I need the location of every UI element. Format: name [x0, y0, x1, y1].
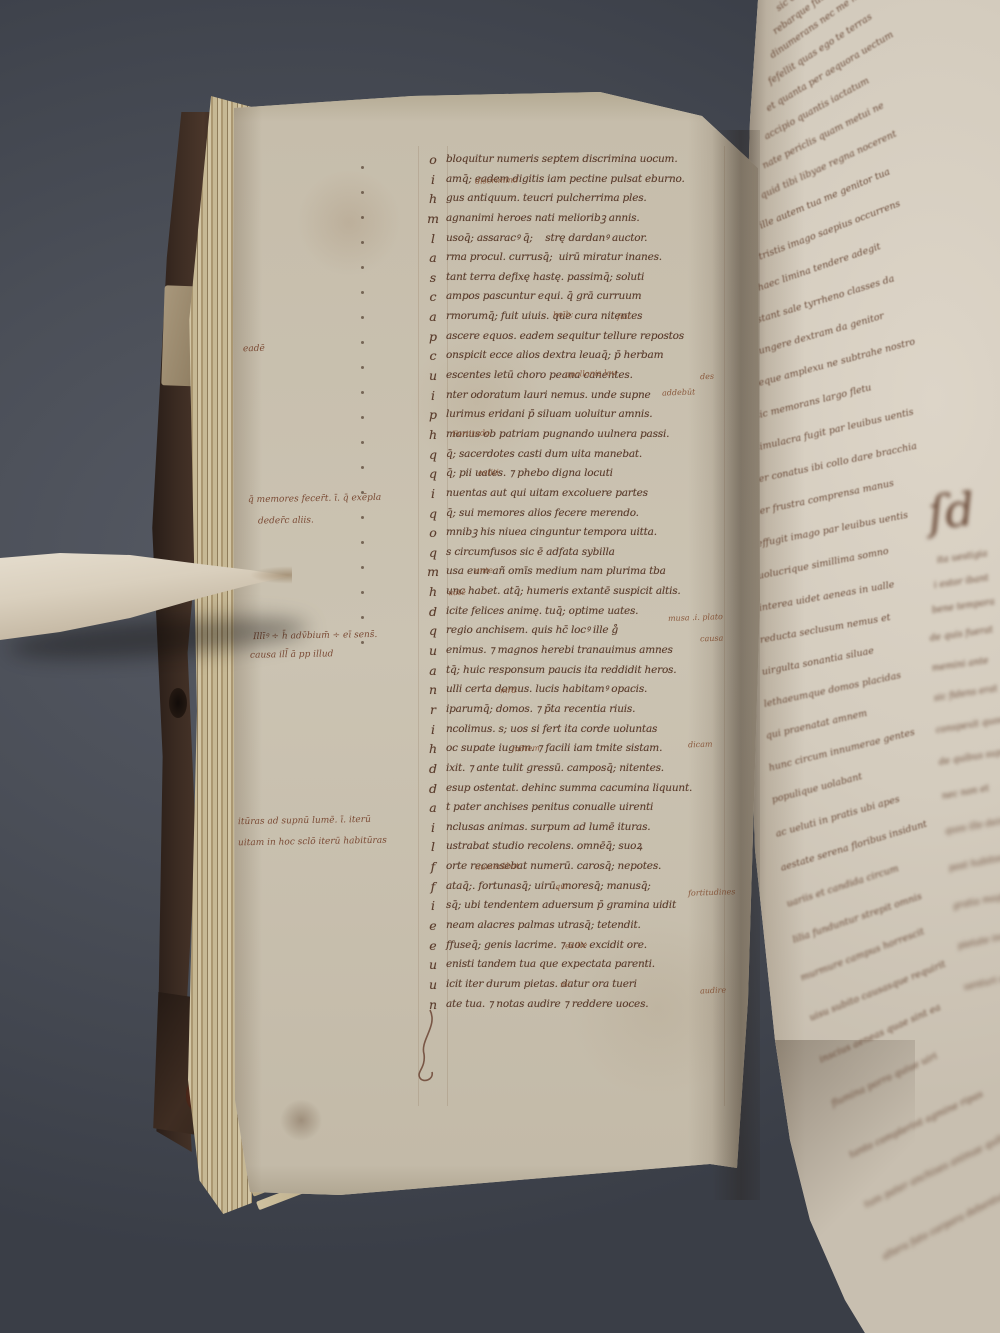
right-page-side-gloss: nec non et	[941, 784, 990, 802]
interlinear-gloss: mr̄a	[500, 686, 516, 696]
verse-initial: m	[420, 562, 446, 582]
pricking-hole	[361, 641, 364, 644]
margin-note: causa ill̄ ā pp illud	[250, 649, 334, 660]
verse-line: uenimus. ⁊ magnos herebi tranauimus amne…	[420, 641, 750, 661]
interlinear-gloss: numerābat	[475, 861, 520, 872]
photograph-of-open-manuscript: sic equidem ducebam animorebarque futuru…	[0, 0, 1000, 1333]
pricking-hole	[361, 241, 364, 244]
verse-text: nter odoratum lauri nemus. unde supne	[446, 386, 651, 406]
verse-text: agnanimi heroes nati melioribꝫ annis.	[446, 209, 639, 229]
verse-text: iparumq̄; domos. ⁊ p̄ta recentia riuis.	[446, 700, 635, 720]
pricking-hole	[361, 291, 364, 294]
verse-text: tq̄; huic responsum paucis ita reddidit …	[446, 661, 676, 681]
ruling-line-left	[418, 146, 419, 1106]
pricking-hole	[361, 316, 364, 319]
binding-wormhole	[169, 688, 187, 718]
verse-text: ampos pascuntur equi. q̄ grā curruum	[446, 287, 641, 307]
verse-text: mnibꝫ his niuea cinguntur tempora uitta.	[446, 523, 657, 543]
verse-text: tant terra defixę hastę. passimq̄; solut…	[446, 268, 644, 288]
pricking-hole	[361, 191, 364, 194]
verse-text: oc supate iugum. ⁊ facili iam tmite sist…	[446, 739, 662, 759]
verse-line: qs circumfusos sic ē adfata sybilla	[420, 543, 750, 563]
verse-text: onspicit ecce alios dextra leuaq̄; p̄ he…	[446, 346, 663, 366]
verse-initial: h	[420, 739, 446, 759]
verse-line: hgus antiquum. teucri pulcherrima ples.	[420, 189, 750, 209]
interlinear-gloss: extiti	[478, 468, 499, 478]
verse-text: q̄; sacerdotes casti dum uita manebat.	[446, 445, 642, 465]
verse-text: enisti tandem tua que expectata parenti.	[446, 955, 655, 975]
verse-initial: c	[420, 287, 446, 307]
verse-text: ustrabat studio recolens. omnēq̄; suoꝝ	[446, 837, 642, 857]
pricking-hole	[361, 591, 364, 594]
verse-text: ate tua. ⁊ notas audire ⁊ reddere uoces.	[446, 995, 648, 1015]
verse-text: ulli certa domus. lucis habitamꝰ opacis.	[446, 680, 647, 700]
verse-initial: u	[420, 975, 446, 995]
pricking-hole	[361, 216, 364, 219]
verse-initial: f	[420, 877, 446, 897]
verse-line: uenisti tandem tua que expectata parenti…	[420, 955, 750, 975]
verse-initial: i	[420, 170, 446, 190]
margin-note: eadē	[243, 344, 265, 354]
verse-text: nclusas animas. surpum ad lumē ituras.	[446, 818, 650, 838]
verse-line: obloquitur numeris septem discrimina uoc…	[420, 150, 750, 170]
gutter-shadow	[712, 130, 760, 1200]
verse-initial: e	[420, 916, 446, 936]
pricking-hole	[361, 466, 364, 469]
left-page-edge-shadow	[232, 88, 262, 1210]
verse-initial: q	[420, 543, 446, 563]
interlinear-gloss: hoīb;	[553, 310, 574, 320]
interlinear-gloss: Fortitudo	[452, 428, 490, 438]
verse-line: desup ostentat. dehinc summa cacumina li…	[420, 779, 750, 799]
verse-text: rmorumq̄; fuit uiuis. que cura nitentes	[446, 307, 642, 327]
verse-text: bloquitur numeris septem discrimina uocu…	[446, 150, 677, 170]
interlinear-gloss: mī	[560, 980, 570, 989]
verse-text: gus antiquum. teucri pulcherrima ples.	[446, 189, 647, 209]
verse-line: riparumq̄; domos. ⁊ p̄ta recentia riuis.	[420, 700, 750, 720]
pricking-hole	[361, 516, 364, 519]
margin-note: q̄ memores fecer̄t. ī. q̄ exēpla	[248, 493, 381, 505]
margin-note: itūras ad supnū lumē. ī. iterū	[238, 815, 371, 827]
verse-line: magnanimi heroes nati melioribꝫ annis.	[420, 209, 750, 229]
interlinear-gloss: uatē	[448, 588, 466, 598]
verse-text: q̄; sui memores alios fecere merendo.	[446, 504, 639, 524]
verse-initial: h	[420, 582, 446, 602]
verse-line: iamq̄; eadem digitis iam pectine pulsat …	[420, 170, 750, 190]
verse-initial: d	[420, 602, 446, 622]
verse-initial: i	[420, 484, 446, 504]
verse-line: eneam alacres palmas utrasq̄; tetendit.	[420, 916, 750, 936]
right-page-side-gloss: memini ante	[931, 656, 989, 674]
verse-initial: q	[420, 504, 446, 524]
verse-text: unc habet. atq̄; humeris extantē suspici…	[446, 582, 681, 602]
verse-line: musa eum añ omīs medium nam plurima tba	[420, 562, 750, 582]
interlinear-gloss: fuit	[617, 312, 631, 321]
right-page-side-gloss: uenturi saecula	[963, 968, 1000, 992]
verse-text: t pater anchises penitus conualle uirent…	[446, 798, 653, 818]
verse-text: ataq̄;. fortunasq̄; uirū. moresq̄; manus…	[446, 877, 651, 897]
pricking-hole	[361, 166, 364, 169]
verse-initial: a	[420, 798, 446, 818]
verse-line: qq̄; sui memores alios fecere merendo.	[420, 504, 750, 524]
right-page-parchment: sic equidem ducebam animorebarque futuru…	[735, 0, 1000, 1333]
verse-initial: u	[420, 366, 446, 386]
verse-initial: a	[420, 307, 446, 327]
verse-line: forte recensebat numerū. carosq̄; nepote…	[420, 857, 750, 877]
pricking-hole	[361, 266, 364, 269]
verse-line: hunc habet. atq̄; humeris extantē suspic…	[420, 582, 750, 602]
verse-initial: d	[420, 779, 446, 799]
verse-line: omnibꝫ his niuea cinguntur tempora uitta…	[420, 523, 750, 543]
verse-text: enimus. ⁊ magnos herebi tranauimus amnes	[446, 641, 673, 661]
verse-line: lustrabat studio recolens. omnēq̄; suoꝝ	[420, 837, 750, 857]
verse-line: qq̄; pii uates. ⁊ phebo digna locuti	[420, 464, 750, 484]
verse-line: lusoq̄; assaracꝰ q̄; strę dardanꝰ auctor…	[420, 229, 750, 249]
verse-initial: n	[420, 680, 446, 700]
verse-initial: q	[420, 621, 446, 641]
right-page-side-gloss: de quis fuerat	[929, 625, 993, 644]
verse-initial: i	[420, 818, 446, 838]
verse-initial: i	[420, 386, 446, 406]
verse-text: ffuseq̄; genis lacrime. ⁊ uox excidit or…	[446, 936, 647, 956]
right-page-side-gloss: i estor ibant	[933, 573, 989, 591]
verse-line: conspicit ecce alios dextra leuaq̄; p̄ h…	[420, 346, 750, 366]
verse-text: lurimus eridani p̄ siluam uoluitur amnis…	[446, 405, 652, 425]
verse-line: inclusas animas. surpum ad lumē ituras.	[420, 818, 750, 838]
verse-initial: c	[420, 346, 446, 366]
verse-line: stant terra defixę hastę. passimq̄; solu…	[420, 268, 750, 288]
right-page-side-gloss: de quibus supra	[938, 747, 1000, 768]
verse-initial: i	[420, 896, 446, 916]
verse-initial: r	[420, 700, 446, 720]
verse-line: dixit. ⁊ ante tulit gressū. camposq̄; ni…	[420, 759, 750, 779]
pricking-hole	[361, 566, 364, 569]
pricking-hole	[361, 441, 364, 444]
verse-initial: h	[420, 425, 446, 445]
interlinear-gloss: discrimina	[475, 175, 518, 185]
pricking-hole	[361, 616, 364, 619]
verse-line: armorumq̄; fuit uiuis. que cura nitentes	[420, 307, 750, 327]
verse-initial: h	[420, 189, 446, 209]
verse-text: icit iter durum pietas. datur ora tueri	[446, 975, 637, 995]
verse-initial: p	[420, 327, 446, 347]
pricking-hole	[361, 341, 364, 344]
right-page-side-gloss: post habitos	[948, 853, 1000, 873]
verse-line: nulli certa domus. lucis habitamꝰ opacis…	[420, 680, 750, 700]
verse-initial: i	[420, 720, 446, 740]
verse-line: inter odoratum lauri nemus. unde supne	[420, 386, 750, 406]
pen-flourish	[408, 1008, 460, 1086]
verse-column: obloquitur numeris septem discrimina uoc…	[420, 150, 750, 1014]
verse-initial: a	[420, 248, 446, 268]
verse-line: arma procul. currusq̄; uirū miratur inan…	[420, 248, 750, 268]
verse-text: ncolimus. s; uos si fert ita corde uolun…	[446, 720, 657, 740]
verse-line: incolimus. s; uos si fert ita corde uolu…	[420, 720, 750, 740]
verse-line: nate tua. ⁊ notas audire ⁊ reddere uoces…	[420, 995, 750, 1015]
interlinear-gloss: addebūt	[662, 387, 696, 397]
verse-text: ixit. ⁊ ante tulit gressū. camposq̄; nit…	[446, 759, 664, 779]
verse-initial: l	[420, 837, 446, 857]
verse-initial: f	[420, 857, 446, 877]
verse-line: plurimus eridani p̄ siluam uoluitur amni…	[420, 405, 750, 425]
verse-initial: a	[420, 661, 446, 681]
pricking-hole	[361, 541, 364, 544]
right-page-side-gloss: gratia magna	[952, 890, 1000, 911]
verse-line: qq̄; sacerdotes casti dum uita manebat.	[420, 445, 750, 465]
verse-initial: q	[420, 445, 446, 465]
margin-note: deder̄c aliis.	[258, 516, 314, 527]
right-page-large-initial: ſd	[926, 482, 977, 540]
verse-initial: q	[420, 464, 446, 484]
verse-initial: l	[420, 229, 446, 249]
verse-text: icite felices animę. tuq̄; optime uates.	[446, 602, 638, 622]
verse-text: neam alacres palmas utrasq̄; tetendit.	[446, 916, 641, 936]
verse-text: sq̄; ubi tendentem aduersum p̄ gramina u…	[446, 896, 676, 916]
verse-line: inuentas aut qui uitam excoluere partes	[420, 484, 750, 504]
interlinear-gloss: qui	[555, 882, 568, 891]
bone-folder-tip-shading	[250, 566, 292, 584]
verse-line: at pater anchises penitus conualle uiren…	[420, 798, 750, 818]
right-page-side-gloss: conspexit quos	[935, 715, 1000, 736]
interlinear-gloss: eī ille	[565, 941, 588, 951]
verse-line: campos pascuntur equi. q̄ grā curruum	[420, 287, 750, 307]
verse-initial: s	[420, 268, 446, 288]
pricking-hole	[361, 366, 364, 369]
verse-initial: p	[420, 405, 446, 425]
verse-text: s circumfusos sic ē adfata sybilla	[446, 543, 615, 563]
interlinear-gloss: apollonis lau	[565, 368, 617, 379]
verse-line: isq̄; ubi tendentem aduersum p̄ gramina …	[420, 896, 750, 916]
right-page-side-gloss: ita uestigia	[936, 549, 988, 566]
verse-initial: o	[420, 523, 446, 543]
right-page-side-gloss: bene tempora	[931, 597, 995, 616]
verse-text: regio anchisem. quis hc̄ locꝰ ille g̊	[446, 621, 618, 641]
pricking-hole	[361, 416, 364, 419]
verse-text: usoq̄; assaracꝰ q̄; strę dardanꝰ auctor.	[446, 229, 647, 249]
verse-line: atq̄; huic responsum paucis ita reddidit…	[420, 661, 750, 681]
interlinear-gloss: ante	[475, 566, 493, 576]
verse-text: q̄; pii uates. ⁊ phebo digna locuti	[446, 464, 613, 484]
verse-text: rma procul. currusq̄; uirū miratur inane…	[446, 248, 662, 268]
verse-text: nuentas aut qui uitam excoluere partes	[446, 484, 648, 504]
verse-initial: d	[420, 759, 446, 779]
verse-initial: e	[420, 936, 446, 956]
right-page-side-gloss: pietate insignis	[957, 928, 1000, 952]
verse-line: pascere equos. eadem sequitur tellure re…	[420, 327, 750, 347]
verse-text: ascere equos. eadem sequitur tellure rep…	[446, 327, 684, 347]
interlinear-gloss: dicam	[688, 740, 713, 750]
pricking-hole	[361, 391, 364, 394]
verse-text: esup ostentat. dehinc summa cacumina liq…	[446, 779, 692, 799]
right-page-side-gloss: quos ille deinde	[944, 815, 1000, 837]
verse-initial: u	[420, 641, 446, 661]
left-page-parchment: obloquitur numeris septem discrimina uoc…	[232, 88, 764, 1210]
verse-initial: o	[420, 150, 446, 170]
interlinear-gloss: mōtem	[512, 744, 540, 754]
verse-initial: u	[420, 955, 446, 975]
right-page-side-gloss: sic fidens erat	[933, 684, 998, 704]
verse-initial: m	[420, 209, 446, 229]
margin-note: uitam in hoc sclō iterū habitūras	[238, 836, 387, 849]
